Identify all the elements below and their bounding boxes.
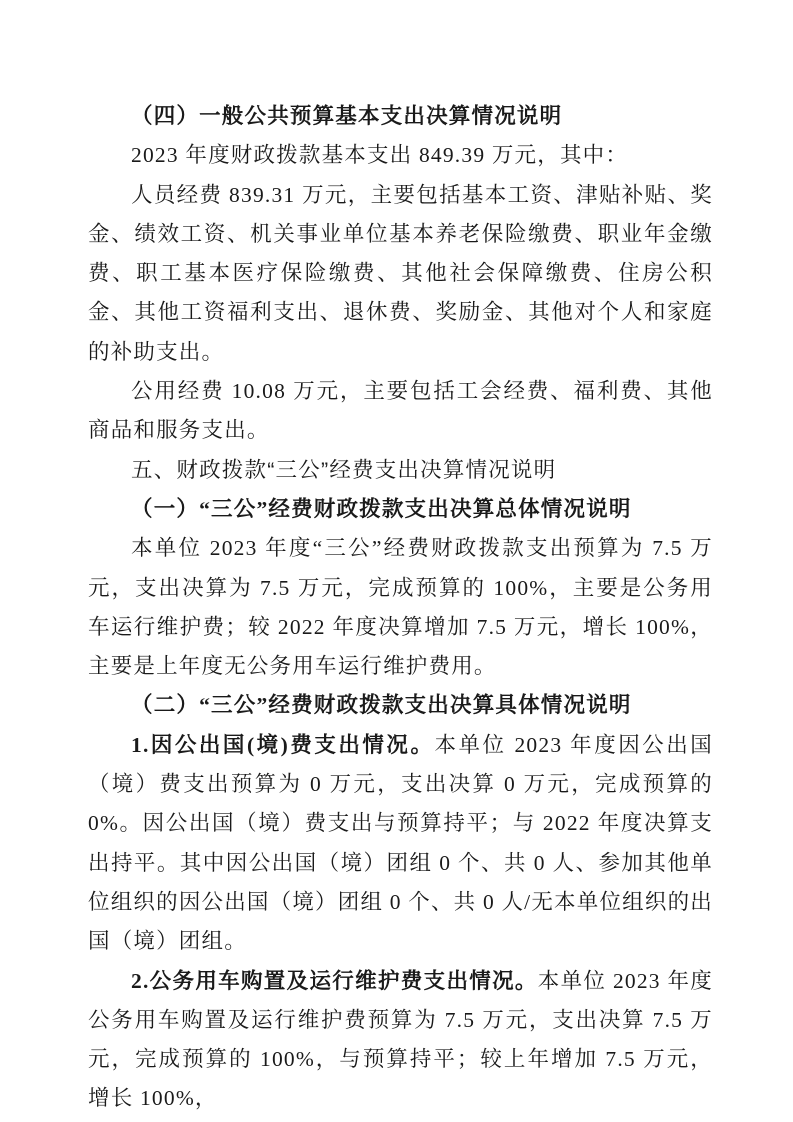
para-official-vehicles-lead: 2.公务用车购置及运行维护费支出情况。	[131, 969, 538, 993]
section-heading-three-public-funds: 五、财政拨款“三公”经费支出决算情况说明	[88, 451, 713, 490]
para-overseas-trips-lead: 1.因公出国(境)费支出情况。	[131, 733, 435, 757]
para-overseas-trips-text: 本单位 2023 年度因公出国（境）费支出预算为 0 万元，支出决算 0 万元，…	[88, 733, 713, 953]
document-page: （四）一般公共预算基本支出决算情况说明 2023 年度财政拨款基本支出 849.…	[0, 0, 793, 1122]
section-heading-general-budget-basic-expenditure: （四）一般公共预算基本支出决算情况说明	[88, 97, 713, 136]
para-personnel-expenses: 人员经费 839.31 万元，主要包括基本工资、津贴补贴、奖金、绩效工资、机关事…	[88, 176, 713, 372]
subsection-heading-specific-situation: （二）“三公”经费财政拨款支出决算具体情况说明	[88, 686, 713, 725]
subsection-heading-overall-situation: （一）“三公”经费财政拨款支出决算总体情况说明	[88, 490, 713, 529]
para-public-expenses: 公用经费 10.08 万元，主要包括工会经费、福利费、其他商品和服务支出。	[88, 372, 713, 451]
para-three-public-overall: 本单位 2023 年度“三公”经费财政拨款支出预算为 7.5 万元，支出决算为 …	[88, 529, 713, 686]
para-overseas-trips: 1.因公出国(境)费支出情况。本单位 2023 年度因公出国（境）费支出预算为 …	[88, 726, 713, 962]
para-official-vehicles: 2.公务用车购置及运行维护费支出情况。本单位 2023 年度公务用车购置及运行维…	[88, 962, 713, 1119]
document-body: （四）一般公共预算基本支出决算情况说明 2023 年度财政拨款基本支出 849.…	[88, 97, 713, 1119]
para-basic-expenditure-total: 2023 年度财政拨款基本支出 849.39 万元，其中：	[88, 136, 713, 175]
